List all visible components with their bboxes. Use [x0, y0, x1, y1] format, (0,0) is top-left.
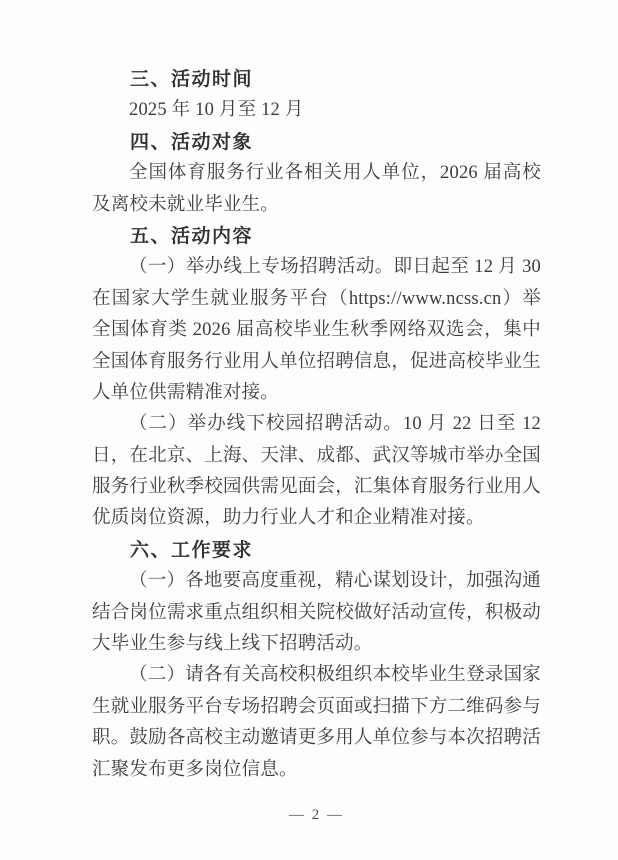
doc-line: （二）请各有关高校积极组织本校毕业生登录国家大学 — [92, 660, 541, 691]
doc-line: 优质岗位资源，助力行业人才和企业精准对接。 — [92, 503, 541, 534]
heading-activity-time: 三、活动时间 — [92, 64, 541, 95]
doc-line: （一）各地要高度重视，精心谋划设计，加强沟通对接， — [92, 566, 541, 597]
doc-line: 全国体育服务行业各相关用人单位，2026 届高校毕业生 — [92, 158, 541, 189]
heading-activity-content: 五、活动内容 — [92, 221, 541, 252]
page-number: — 2 — — [92, 804, 541, 826]
doc-line: 服务行业秋季校园供需见面会，汇集体育服务行业用人单位 — [92, 472, 541, 503]
doc-line: 全国体育服务行业用人单位招聘信息，促进高校毕业生与用 — [92, 347, 541, 378]
doc-line: 日，在北京、上海、天津、成都、武汉等城市举办全国体育 — [92, 441, 541, 472]
doc-line: 及离校未就业毕业生。 — [92, 190, 541, 221]
doc-line: （一）举办线上专场招聘活动。即日起至 12 月 30 日， — [92, 252, 541, 283]
doc-line: 汇聚发布更多岗位信息。 — [92, 755, 541, 786]
doc-line: 在国家大学生就业服务平台（https://www.ncss.cn）举办 — [92, 284, 541, 315]
doc-line: （二）举办线下校园招聘活动。10 月 22 日至 12 月 19 — [92, 409, 541, 440]
document-text-block: 三、活动时间 2025 年 10 月至 12 月 四、活动对象 全国体育服务行业… — [92, 64, 541, 786]
doc-line: 结合岗位需求重点组织相关院校做好活动宣传，积极动员广 — [92, 598, 541, 629]
activity-time-text: 2025 年 10 月至 12 月 — [92, 95, 541, 126]
doc-line: 人单位供需精准对接。 — [92, 378, 541, 409]
doc-line: 全国体育类 2026 届高校毕业生秋季网络双选会，集中发布 — [92, 315, 541, 346]
doc-line: 生就业服务平台专场招聘会页面或扫描下方二维码参与求 — [92, 692, 541, 723]
doc-line: 职。鼓励各高校主动邀请更多用人单位参与本次招聘活动， — [92, 723, 541, 754]
heading-activity-target: 四、活动对象 — [92, 127, 541, 158]
heading-work-requirements: 六、工作要求 — [92, 535, 541, 566]
doc-line: 大毕业生参与线上线下招聘活动。 — [92, 629, 541, 660]
document-page: 三、活动时间 2025 年 10 月至 12 月 四、活动对象 全国体育服务行业… — [0, 0, 618, 860]
